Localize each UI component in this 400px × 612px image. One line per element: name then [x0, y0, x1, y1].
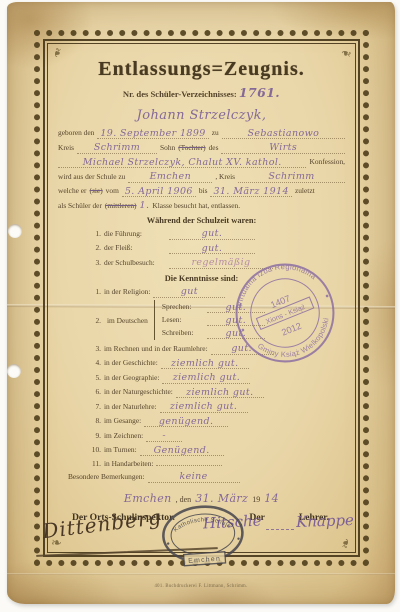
tochter-label-struck: (Tochter): [178, 143, 205, 152]
row-label: in der Naturgeschichte:: [104, 387, 173, 396]
father-line: Michael Strzelczyk, Chalut XV. kathol. K…: [58, 156, 345, 168]
register-number-handwritten: 1761.: [239, 85, 280, 100]
row-number: 4.: [88, 358, 101, 367]
year-handwritten: 14: [264, 492, 279, 505]
row-label: im Gesange:: [104, 416, 141, 425]
knowledge-row: 8. im Gesange: genügend.: [88, 415, 345, 427]
signature-dash-stroke: [266, 529, 294, 530]
remarks-handwritten: keine: [179, 471, 207, 482]
sub-label: Schreiben:: [162, 328, 204, 337]
grade-handwritten: ziemlich gut.: [186, 387, 253, 398]
row-label: im Deutschen: [107, 316, 148, 325]
row-number: 3.: [88, 344, 101, 353]
row-number: 2.: [88, 243, 101, 252]
birth-date-handwritten: 19. September 1899: [100, 128, 205, 139]
kreis-sohn-line: Kreis Schrimm Sohn (Tochter) des Wirts: [58, 142, 345, 154]
document-title: Entlassungs=Zeugnis.: [58, 58, 345, 81]
date-from-handwritten: 5. April 1906: [125, 186, 193, 197]
stamp-number-bottom: 2012: [280, 321, 303, 338]
conduct-row: 1. die Führung: gut.: [88, 228, 345, 240]
school-place-handwritten: Emchen: [150, 171, 192, 182]
row-number: 1.: [88, 229, 101, 238]
knowledge-row: 9. im Zeichnen: -: [88, 430, 345, 442]
remarks-row: Besondere Bemerkungen: keine: [68, 471, 345, 483]
teacher-signature2-handwritten: Knappe: [296, 511, 354, 531]
scanned-certificate-page: Entlassungs=Zeugnis. Nr. des Schüler-Ver…: [0, 0, 400, 612]
row-number: 11.: [88, 459, 101, 468]
attendance-line: welche er (sie) vom 5. April 1906 bis 31…: [58, 185, 345, 197]
grade-handwritten: ziemlich gut.: [171, 358, 238, 369]
punch-hole: [8, 224, 22, 238]
row-label: im Turnen:: [104, 445, 137, 454]
grade-handwritten: gut.: [202, 228, 223, 239]
year-printed: 19: [252, 495, 260, 504]
row-number: 10.: [88, 445, 101, 454]
printer-imprint: 401. Buchdruckerei F. Littmann, Schrimm.: [50, 584, 353, 589]
sub-label: Sprechen:: [162, 302, 204, 311]
row-number: 5.: [88, 373, 101, 382]
row-number: 7.: [88, 402, 101, 411]
row-label: in der Naturlehre:: [104, 402, 157, 411]
row-number: 6.: [88, 387, 101, 396]
pupil-name-line: Johann Strzelczyk,: [58, 107, 345, 124]
grade-handwritten: gut.: [202, 243, 223, 254]
remarks-label: Besondere Bemerkungen:: [68, 472, 145, 481]
row-label: in der Religion:: [104, 287, 150, 296]
class-line: als Schüler der (mittleren) 1. Klasse be…: [58, 200, 345, 211]
zu-label: zu: [212, 128, 219, 137]
school-kreis-handwritten: Schrimm: [268, 171, 314, 182]
punch-hole: [7, 364, 21, 378]
grade-handwritten: regelmäßig: [191, 257, 250, 268]
row-label: in der Geographie:: [104, 373, 159, 382]
father-occupation-handwritten: Wirts: [269, 142, 297, 153]
sie-label-struck: (sie): [90, 186, 103, 195]
des-label: des: [209, 143, 219, 152]
row-number: 1.: [88, 287, 101, 296]
fold-crease-bottom: [7, 573, 395, 575]
grade-handwritten: genügend.: [159, 416, 213, 427]
vom-label: vom: [106, 186, 119, 195]
pupil-name-handwritten: Johann Strzelczyk,: [137, 108, 267, 123]
sohn-label: Sohn: [160, 143, 175, 152]
row-label: der Fleiß:: [104, 243, 166, 252]
row-label: in Handarbeiten:: [104, 459, 153, 468]
row-number: 9.: [88, 431, 101, 440]
grade-handwritten: -: [162, 430, 166, 441]
grade-handwritten: ziemlich gut.: [170, 401, 237, 412]
row-number: 8.: [88, 416, 101, 425]
knowledge-row: 5. in der Geographie: ziemlich gut.: [88, 372, 345, 384]
father-name-handwritten: Michael Strzelczyk, Chalut XV. kathol.: [83, 157, 282, 168]
attended-label: welche er: [58, 186, 87, 195]
row-number: 2.: [88, 316, 101, 325]
row-label: der Schulbesuch:: [104, 258, 166, 267]
school-oval-stamp: Katholische Schule Emchen: [158, 500, 248, 572]
knowledge-row: 6. in der Naturgeschichte: ziemlich gut.: [88, 386, 345, 398]
row-label: in der Geschichte:: [104, 358, 158, 367]
sub-label: Lesen:: [162, 315, 204, 324]
kreis2-label: , Kreis: [215, 172, 235, 181]
school-line: wird aus der Schule zu Emchen , Kreis Sc…: [58, 171, 345, 183]
class-prefix: als Schüler der: [58, 201, 102, 210]
class-number-handwritten: 1.: [140, 200, 150, 211]
kreis-label: Kreis: [58, 143, 74, 152]
row-label: die Führung:: [104, 229, 166, 238]
knowledge-row: 7. in der Naturlehre: ziemlich gut.: [88, 401, 345, 413]
bis-label: bis: [199, 186, 208, 195]
stamp-number-top: 1407: [269, 293, 292, 310]
grade-handwritten: gut: [181, 286, 198, 297]
mittleren-label-struck: (mittleren): [105, 201, 137, 210]
date-to-handwritten: 31. März 1914: [213, 186, 288, 197]
row-label: im Rechnen und in der Raumlehre:: [104, 344, 208, 353]
conduct-heading: Während der Schulzeit waren:: [58, 216, 345, 225]
class-suffix: Klasse besucht hat, entlassen.: [152, 201, 240, 210]
school-label: wird aus der Schule zu: [58, 172, 125, 181]
birth-line: geboren den 19. September 1899 zu Sebast…: [58, 127, 345, 139]
grade-handwritten: Genügend.: [154, 445, 210, 456]
birth-place-handwritten: Sebastianowo: [247, 128, 319, 139]
birth-kreis-handwritten: Schrimm: [94, 142, 140, 153]
knowledge-row: 10. im Turnen: Genügend.: [88, 444, 345, 456]
register-line: Nr. des Schüler-Verzeichnisses: 1761.: [58, 85, 345, 100]
place-handwritten: Emchen: [124, 492, 172, 505]
born-label: geboren den: [58, 128, 94, 137]
den-label: , den: [176, 495, 192, 504]
zuletzt-label: zuletzt: [295, 186, 315, 195]
row-number: 3.: [88, 258, 101, 267]
knowledge-row: 11. in Handarbeiten:: [88, 459, 345, 468]
grade-handwritten: ziemlich gut.: [173, 372, 240, 383]
row-label: im Zeichnen:: [104, 431, 143, 440]
confession-label: Konfession,: [309, 157, 345, 166]
register-label: Nr. des Schüler-Verzeichnisses:: [123, 89, 237, 99]
